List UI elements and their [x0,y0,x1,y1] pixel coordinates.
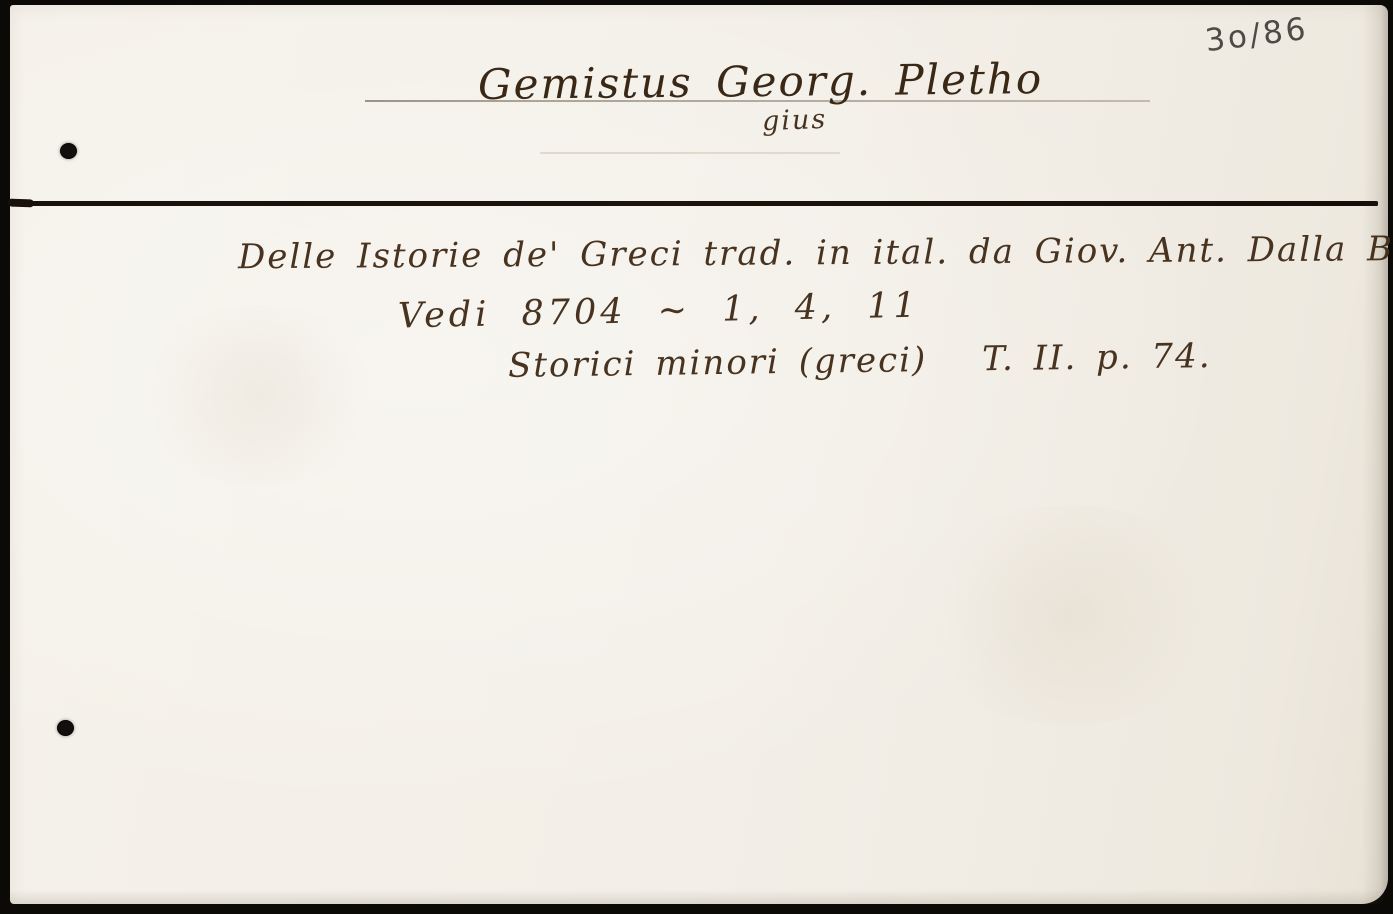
divider-rule [10,201,1378,206]
paper-stain [130,305,390,485]
scanned-catalog-card: 3o/86 Gemistus Georg. Pletho gius Delle … [0,0,1393,914]
heading-insertion: gius [761,104,827,137]
punch-hole-top [60,143,77,159]
entry-line-3-work: Storici minori (greci) [508,340,928,386]
punch-hole-bottom [57,720,74,736]
scan-edge-shadow-right [1362,5,1388,904]
faint-guide-line [540,152,840,154]
catalog-number: 3o/86 [1203,11,1310,59]
scan-edge-shadow-bottom [10,890,1388,904]
entry-line-1: Delle Istorie de' Greci trad. in ital. d… [238,229,1393,278]
card-paper: 3o/86 Gemistus Georg. Pletho gius Delle … [10,5,1388,904]
entry-line-3-reference: T. II. p. 74. [982,336,1212,379]
entry-line-2: Vedi 8704 ~ 1, 4, 11 [398,286,920,337]
card-heading: Gemistus Georg. Pletho [478,54,1044,109]
paper-stain [910,505,1230,725]
entry-line-3: Storici minori (greci)T. II. p. 74. [508,336,1212,386]
